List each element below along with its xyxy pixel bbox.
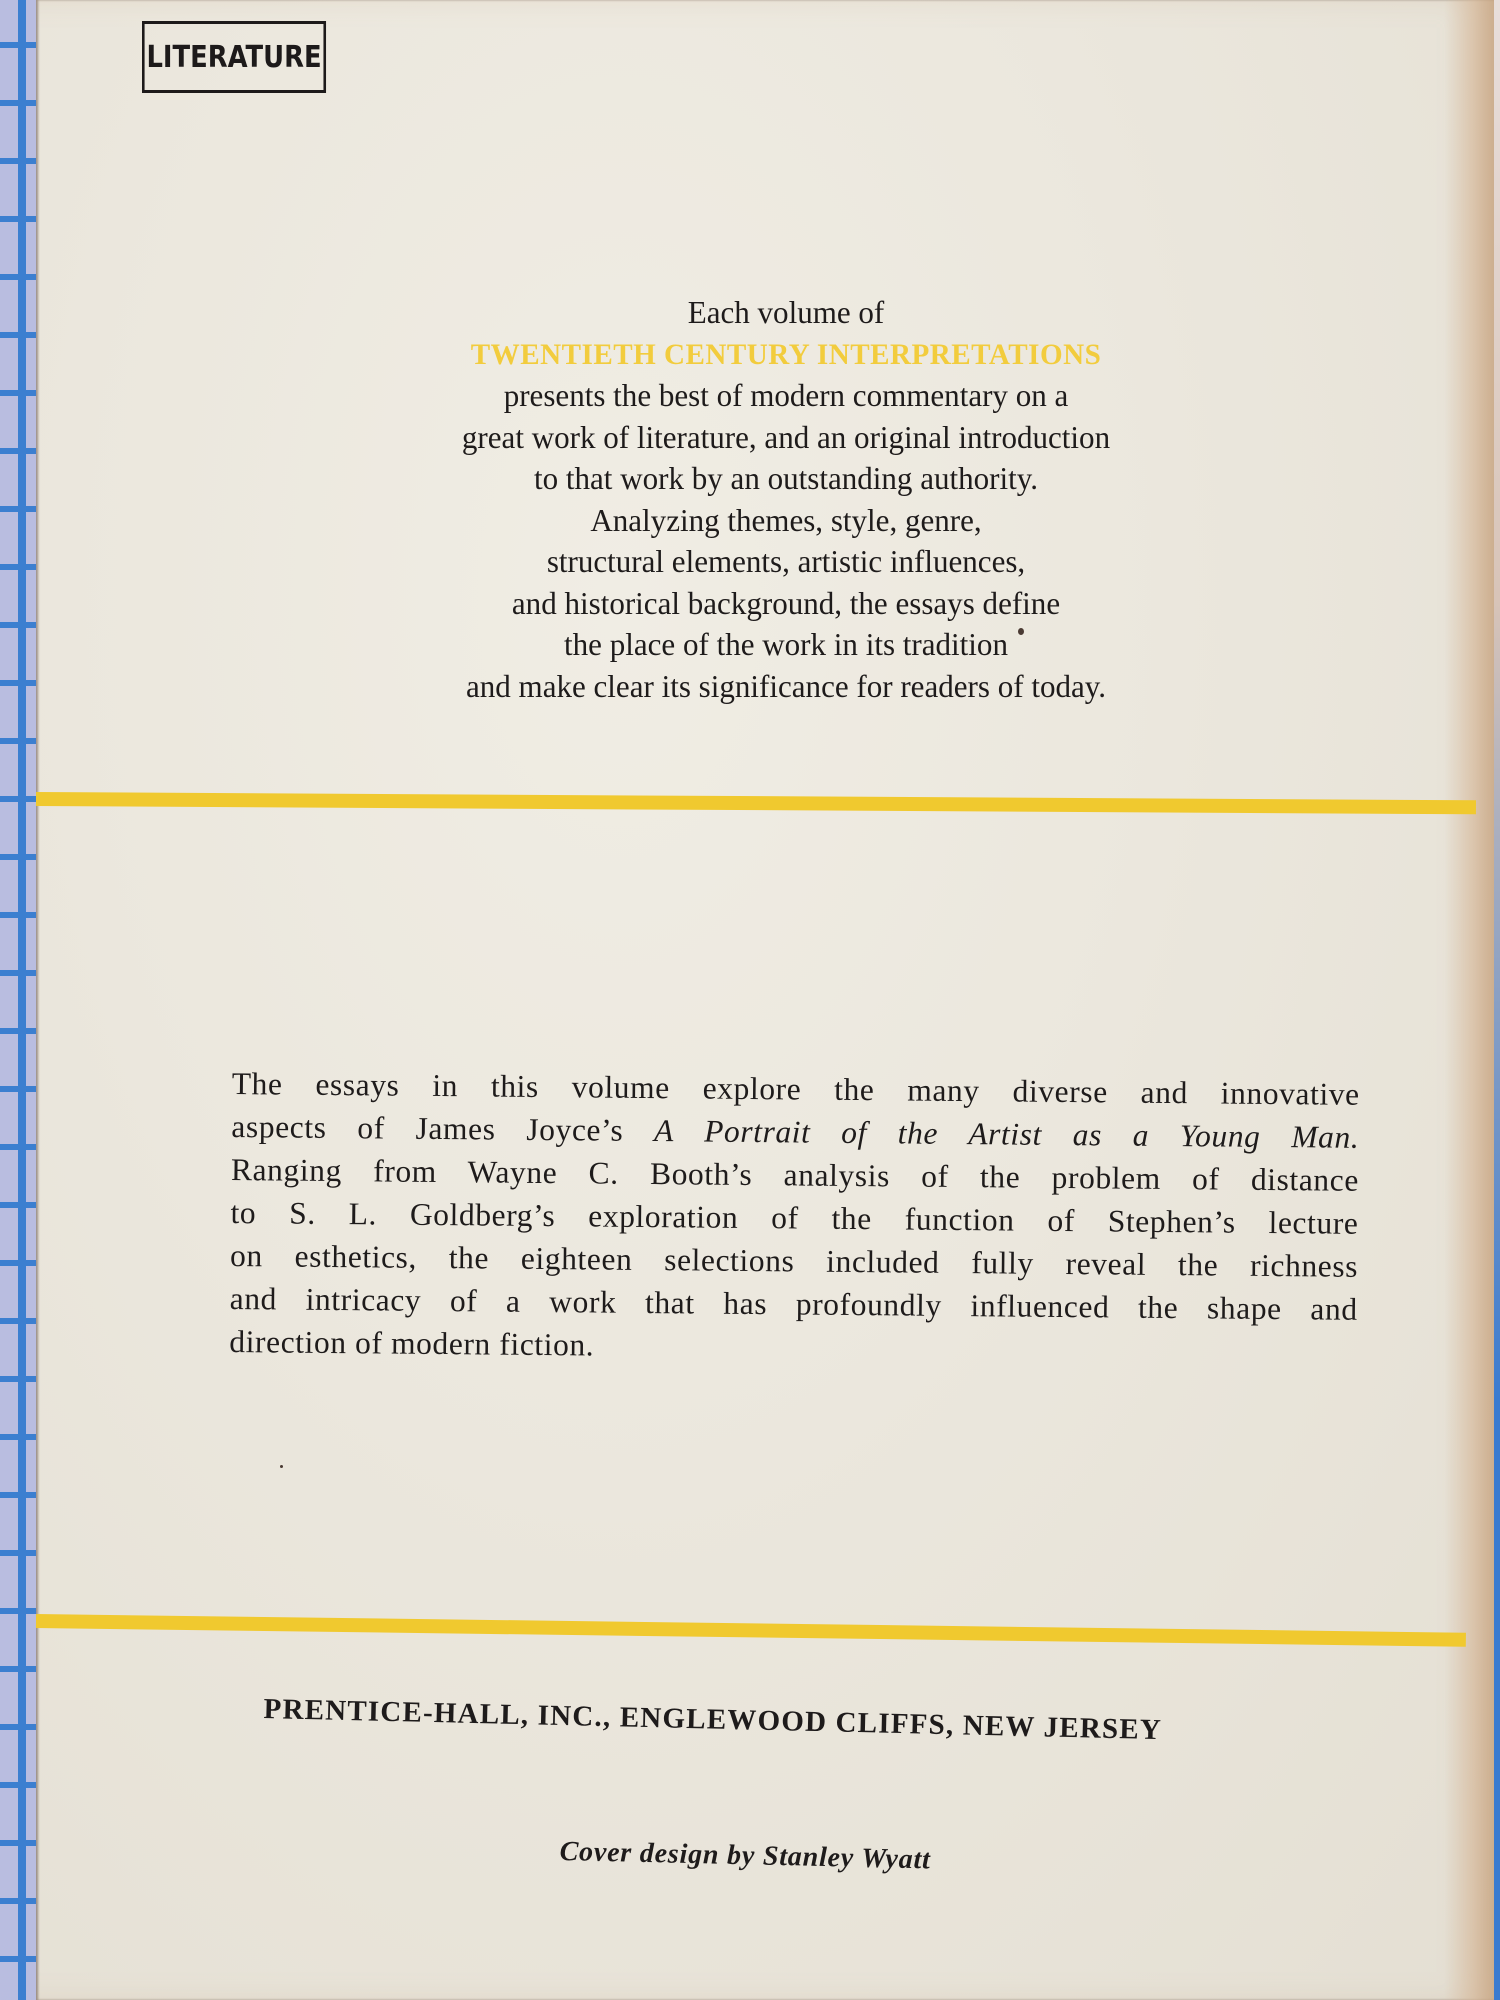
book-back-cover: LITERATURE Each volume of TWENTIETH CENT… [36, 0, 1494, 2000]
blurb-intro: Each volume of [350, 292, 1223, 334]
blurb-line: and historical background, the essays de… [350, 583, 1223, 625]
book-title: A Portrait of the Artist as a Young Man. [654, 1113, 1360, 1155]
blurb-line: and make clear its significance for read… [350, 666, 1223, 708]
cover-design-credit: Cover design by Stanley Wyatt [559, 1836, 931, 1876]
category-label: LITERATURE [146, 40, 321, 75]
description-text: aspects of James Joyce’s [231, 1109, 654, 1148]
blurb-line: Analyzing themes, style, genre, [350, 500, 1223, 542]
series-blurb: Each volume of TWENTIETH CENTURY INTERPR… [336, 292, 1236, 707]
volume-description: The essays in this volume explore the ma… [229, 1062, 1360, 1374]
category-label-box: LITERATURE [142, 21, 326, 93]
publisher-imprint: PRENTICE-HALL, INC., ENGLEWOOD CLIFFS, N… [263, 1693, 1323, 1751]
paper-speck [280, 1465, 283, 1468]
blurb-line: presents the best of modern commentary o… [350, 375, 1223, 417]
blurb-line: structural elements, artistic influences… [350, 541, 1223, 583]
blurb-line: to that work by an outstanding authority… [350, 458, 1223, 500]
blurb-line: great work of literature, and an origina… [350, 417, 1223, 459]
paper-speck [1018, 628, 1024, 635]
blurb-line: the place of the work in its tradition [350, 624, 1223, 666]
series-name: TWENTIETH CENTURY INTERPRETATIONS [350, 334, 1223, 376]
